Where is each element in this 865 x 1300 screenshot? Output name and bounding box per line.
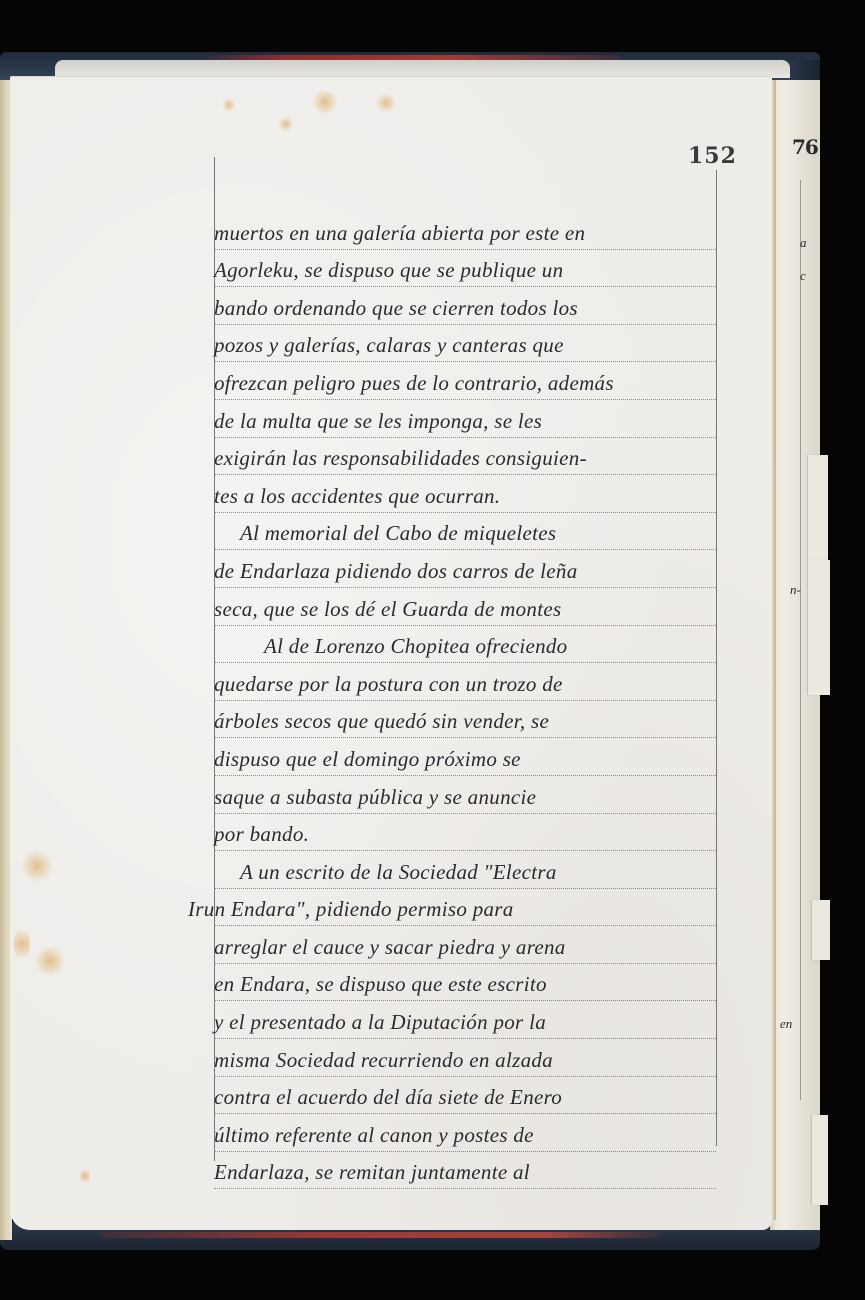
- text-line: quedarse por la postura con un trozo de: [214, 663, 716, 701]
- text-line: arreglar el cauce y sacar piedra y arena: [214, 926, 716, 964]
- page-number: 152: [688, 143, 737, 169]
- text-line: saque a subasta pública y se anuncie: [214, 776, 716, 814]
- adjacent-page-number: 76: [792, 135, 818, 159]
- text-line: de Endarlaza pidiendo dos carros de leña: [214, 550, 716, 588]
- text-line: A un escrito de la Sociedad "Electra: [214, 851, 716, 889]
- handwritten-text-block: muertos en una galería abierta por este …: [214, 212, 716, 1189]
- text-line: exigirán las responsabilidades consiguie…: [214, 438, 716, 476]
- document-scan: 76 a c n- en 152 muertos en una galería …: [0, 0, 865, 1300]
- text-line: y el presentado a la Diputación por la: [214, 1001, 716, 1039]
- text-line: Al de Lorenzo Chopitea ofreciendo: [214, 626, 716, 664]
- text-line: tes a los accidentes que ocurran.: [214, 475, 716, 513]
- page-tab: [812, 1115, 828, 1205]
- text-line: bando ordenando que se cierren todos los: [214, 287, 716, 325]
- stack-margin-mark: n-: [790, 582, 801, 598]
- page-tab: [808, 455, 828, 560]
- red-page-edge-bottom: [100, 1232, 660, 1238]
- text-line: muertos en una galería abierta por este …: [214, 212, 716, 250]
- foxing-stain: [14, 924, 30, 964]
- text-line: de la multa que se les imponga, se les: [214, 400, 716, 438]
- page-tab: [808, 560, 830, 695]
- text-line: árboles secos que quedó sin vender, se: [214, 701, 716, 739]
- text-line: dispuso que el domingo próximo se: [214, 738, 716, 776]
- text-line: en Endara, se dispuso que este escrito: [214, 964, 716, 1002]
- stack-margin-mark: c: [800, 268, 806, 284]
- text-line: ofrezcan peligro pues de lo contrario, a…: [214, 362, 716, 400]
- stack-margin-mark: a: [800, 235, 807, 251]
- foxing-stain: [222, 98, 236, 112]
- text-line: pozos y galerías, calaras y canteras que: [214, 325, 716, 363]
- text-line: Al memorial del Cabo de miqueletes: [214, 513, 716, 551]
- foxing-stain: [278, 116, 294, 132]
- text-line: misma Sociedad recurriendo en alzada: [214, 1039, 716, 1077]
- text-line: seca, que se los dé el Guarda de montes: [214, 588, 716, 626]
- text-line: por bando.: [214, 814, 716, 852]
- text-line: último referente al canon y postes de: [214, 1114, 716, 1152]
- stack-margin-rule: [800, 180, 801, 1100]
- text-line: Agorleku, se dispuso que se publique un: [214, 250, 716, 288]
- text-line: Endarlaza, se remitan juntamente al: [214, 1152, 716, 1190]
- right-margin-rule: [716, 170, 717, 1146]
- foxing-stain: [310, 91, 340, 113]
- foxing-stain: [375, 94, 397, 112]
- foxing-stain: [36, 944, 64, 978]
- text-line: Irun Endara", pidiendo permiso para: [214, 889, 716, 927]
- foxing-stain: [80, 1166, 90, 1186]
- page-tab: [812, 900, 830, 960]
- foxing-stain: [22, 848, 52, 884]
- text-line: contra el acuerdo del día siete de Enero: [214, 1077, 716, 1115]
- stack-margin-mark: en: [780, 1016, 792, 1032]
